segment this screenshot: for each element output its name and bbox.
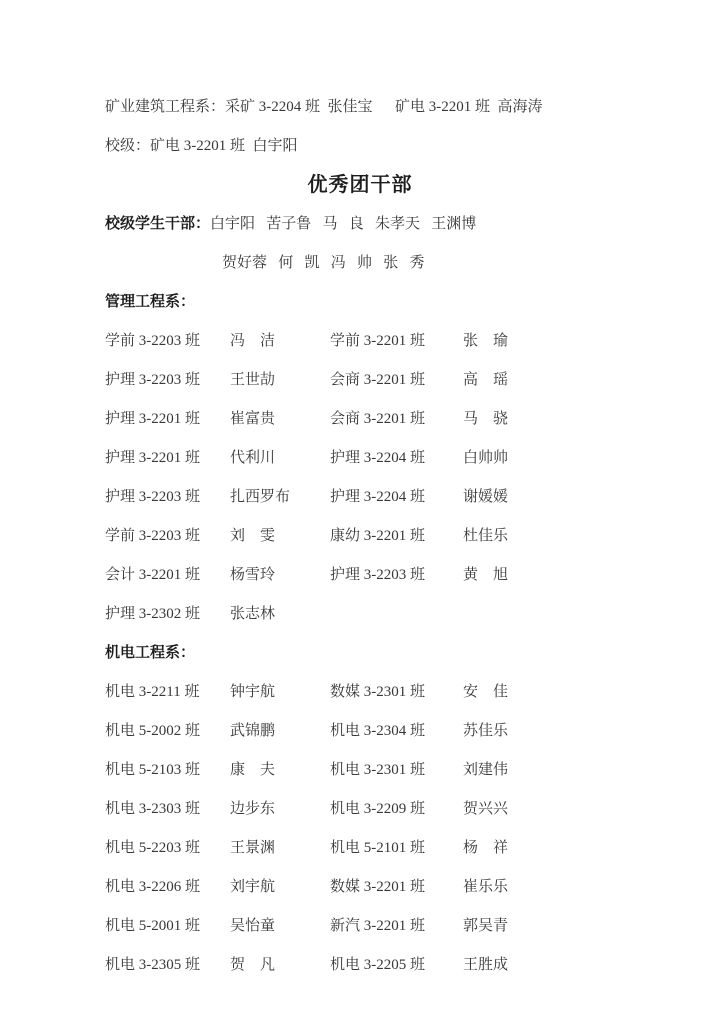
table-row: 机电 3-2305 班贺 凡机电 3-2205 班王胜成 bbox=[105, 946, 615, 985]
school-cadres-names-1: 白宇阳 苦子鲁 马 良 朱孝天 王渊博 bbox=[210, 216, 476, 232]
table-row: 机电 5-2002 班武锦鹏机电 3-2304 班苏佳乐 bbox=[105, 712, 615, 751]
name-cell: 吴怡童 bbox=[230, 907, 330, 946]
section-heading-mechatronics: 机电工程系： bbox=[105, 634, 615, 673]
class-cell: 机电 3-2205 班 bbox=[330, 946, 463, 985]
table-row: 护理 3-2302 班张志林 bbox=[105, 595, 615, 634]
class-cell: 机电 3-2304 班 bbox=[330, 712, 463, 751]
name-cell: 刘宇航 bbox=[230, 868, 330, 907]
class-cell: 学前 3-2203 班 bbox=[105, 322, 230, 361]
school-cadres-line-1: 校级学生干部：白宇阳 苦子鲁 马 良 朱孝天 王渊博 bbox=[105, 205, 615, 244]
class-cell: 机电 5-2103 班 bbox=[105, 751, 230, 790]
class-cell: 护理 3-2204 班 bbox=[330, 439, 463, 478]
table-row: 机电 3-2211 班钟宇航数媒 3-2301 班安 佳 bbox=[105, 673, 615, 712]
name-cell: 苏佳乐 bbox=[463, 712, 615, 751]
table-row: 学前 3-2203 班冯 洁学前 3-2201 班张 瑜 bbox=[105, 322, 615, 361]
name-cell: 安 佳 bbox=[463, 673, 615, 712]
name-cell: 崔乐乐 bbox=[463, 868, 615, 907]
class-cell: 会商 3-2201 班 bbox=[330, 400, 463, 439]
name-cell: 谢媛媛 bbox=[463, 478, 615, 517]
name-cell: 张 瑜 bbox=[463, 322, 615, 361]
class-cell: 机电 3-2303 班 bbox=[105, 790, 230, 829]
class-cell: 机电 5-2002 班 bbox=[105, 712, 230, 751]
table-row: 机电 5-2103 班康 夫机电 3-2301 班刘建伟 bbox=[105, 751, 615, 790]
class-cell bbox=[330, 595, 463, 634]
class-cell: 护理 3-2201 班 bbox=[105, 400, 230, 439]
name-cell: 杨雪玲 bbox=[230, 556, 330, 595]
name-cell: 高 瑶 bbox=[463, 361, 615, 400]
name-cell: 扎西罗布 bbox=[230, 478, 330, 517]
name-cell: 张志林 bbox=[230, 595, 330, 634]
class-cell: 会计 3-2201 班 bbox=[105, 556, 230, 595]
name-cell: 刘 雯 bbox=[230, 517, 330, 556]
name-cell: 钟宇航 bbox=[230, 673, 330, 712]
class-cell: 机电 5-2203 班 bbox=[105, 829, 230, 868]
class-cell: 机电 3-2305 班 bbox=[105, 946, 230, 985]
name-cell: 郭吴青 bbox=[463, 907, 615, 946]
name-cell: 边步东 bbox=[230, 790, 330, 829]
class-cell: 机电 3-2206 班 bbox=[105, 868, 230, 907]
name-cell: 崔富贵 bbox=[230, 400, 330, 439]
class-cell: 数媒 3-2301 班 bbox=[330, 673, 463, 712]
table-row: 护理 3-2203 班扎西罗布护理 3-2204 班谢媛媛 bbox=[105, 478, 615, 517]
class-cell: 学前 3-2203 班 bbox=[105, 517, 230, 556]
class-cell: 机电 5-2101 班 bbox=[330, 829, 463, 868]
intro-line-school-level: 校级：矿电 3-2201 班 白宇阳 bbox=[105, 127, 615, 166]
table-row: 护理 3-2203 班王世劼会商 3-2201 班高 瑶 bbox=[105, 361, 615, 400]
section-heading-management: 管理工程系： bbox=[105, 283, 615, 322]
class-cell: 护理 3-2302 班 bbox=[105, 595, 230, 634]
table-row: 机电 3-2206 班刘宇航数媒 3-2201 班崔乐乐 bbox=[105, 868, 615, 907]
name-cell: 王胜成 bbox=[463, 946, 615, 985]
school-cadres-label: 校级学生干部： bbox=[105, 216, 210, 232]
class-cell: 新汽 3-2201 班 bbox=[330, 907, 463, 946]
class-cell: 护理 3-2203 班 bbox=[105, 361, 230, 400]
class-cell: 数媒 3-2201 班 bbox=[330, 868, 463, 907]
class-cell: 学前 3-2201 班 bbox=[330, 322, 463, 361]
name-cell: 王世劼 bbox=[230, 361, 330, 400]
class-cell: 机电 3-2301 班 bbox=[330, 751, 463, 790]
table-row: 学前 3-2203 班刘 雯康幼 3-2201 班杜佳乐 bbox=[105, 517, 615, 556]
school-cadres-line-2: 贺好蓉 何 凯 冯 帅 张 秀 bbox=[105, 244, 615, 283]
table-row: 护理 3-2201 班崔富贵会商 3-2201 班马 骁 bbox=[105, 400, 615, 439]
page-title: 优秀团干部 bbox=[105, 166, 615, 205]
table-row: 会计 3-2201 班杨雪玲护理 3-2203 班黄 旭 bbox=[105, 556, 615, 595]
table-row: 机电 3-2303 班边步东机电 3-2209 班贺兴兴 bbox=[105, 790, 615, 829]
name-cell bbox=[463, 595, 615, 634]
table-row: 机电 5-2001 班吴怡童新汽 3-2201 班郭吴青 bbox=[105, 907, 615, 946]
class-cell: 康幼 3-2201 班 bbox=[330, 517, 463, 556]
name-cell: 代利川 bbox=[230, 439, 330, 478]
name-cell: 黄 旭 bbox=[463, 556, 615, 595]
class-cell: 护理 3-2201 班 bbox=[105, 439, 230, 478]
name-cell: 冯 洁 bbox=[230, 322, 330, 361]
class-cell: 机电 3-2209 班 bbox=[330, 790, 463, 829]
name-cell: 贺兴兴 bbox=[463, 790, 615, 829]
name-cell: 白帅帅 bbox=[463, 439, 615, 478]
class-cell: 会商 3-2201 班 bbox=[330, 361, 463, 400]
class-cell: 机电 5-2001 班 bbox=[105, 907, 230, 946]
name-cell: 贺 凡 bbox=[230, 946, 330, 985]
intro-line-mining-dept: 矿业建筑工程系：采矿 3-2204 班 张佳宝 矿电 3-2201 班 高海涛 bbox=[105, 88, 615, 127]
class-cell: 护理 3-2203 班 bbox=[105, 478, 230, 517]
table-row: 机电 5-2203 班王景渊机电 5-2101 班杨 祥 bbox=[105, 829, 615, 868]
class-cell: 护理 3-2203 班 bbox=[330, 556, 463, 595]
name-cell: 刘建伟 bbox=[463, 751, 615, 790]
name-cell: 王景渊 bbox=[230, 829, 330, 868]
table-row: 护理 3-2201 班代利川护理 3-2204 班白帅帅 bbox=[105, 439, 615, 478]
name-cell: 杨 祥 bbox=[463, 829, 615, 868]
document-page: 矿业建筑工程系：采矿 3-2204 班 张佳宝 矿电 3-2201 班 高海涛 … bbox=[0, 0, 720, 1018]
class-cell: 护理 3-2204 班 bbox=[330, 478, 463, 517]
class-cell: 机电 3-2211 班 bbox=[105, 673, 230, 712]
name-cell: 杜佳乐 bbox=[463, 517, 615, 556]
name-cell: 武锦鹏 bbox=[230, 712, 330, 751]
name-cell: 康 夫 bbox=[230, 751, 330, 790]
name-cell: 马 骁 bbox=[463, 400, 615, 439]
